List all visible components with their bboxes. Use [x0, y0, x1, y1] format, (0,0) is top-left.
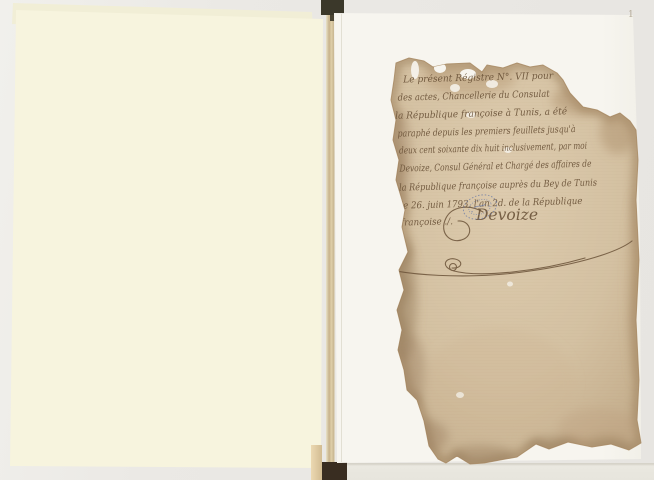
- binding-bottom-band: [322, 462, 347, 480]
- signature-devoize: Devoize: [475, 205, 538, 224]
- book-gutter: [326, 13, 335, 467]
- archive-scan: 1: [0, 0, 654, 480]
- manuscript-line-9: françoise ./.: [400, 216, 453, 228]
- laid-paper-texture: [350, 38, 650, 473]
- binding-top-band: [321, 0, 344, 15]
- manuscript-leaf: Le présent Régistre N°. VII pour des act…: [350, 38, 650, 473]
- right-page-fold-line: [341, 14, 342, 462]
- page-edge-stack: [311, 445, 322, 480]
- folio-number: 1: [628, 10, 640, 22]
